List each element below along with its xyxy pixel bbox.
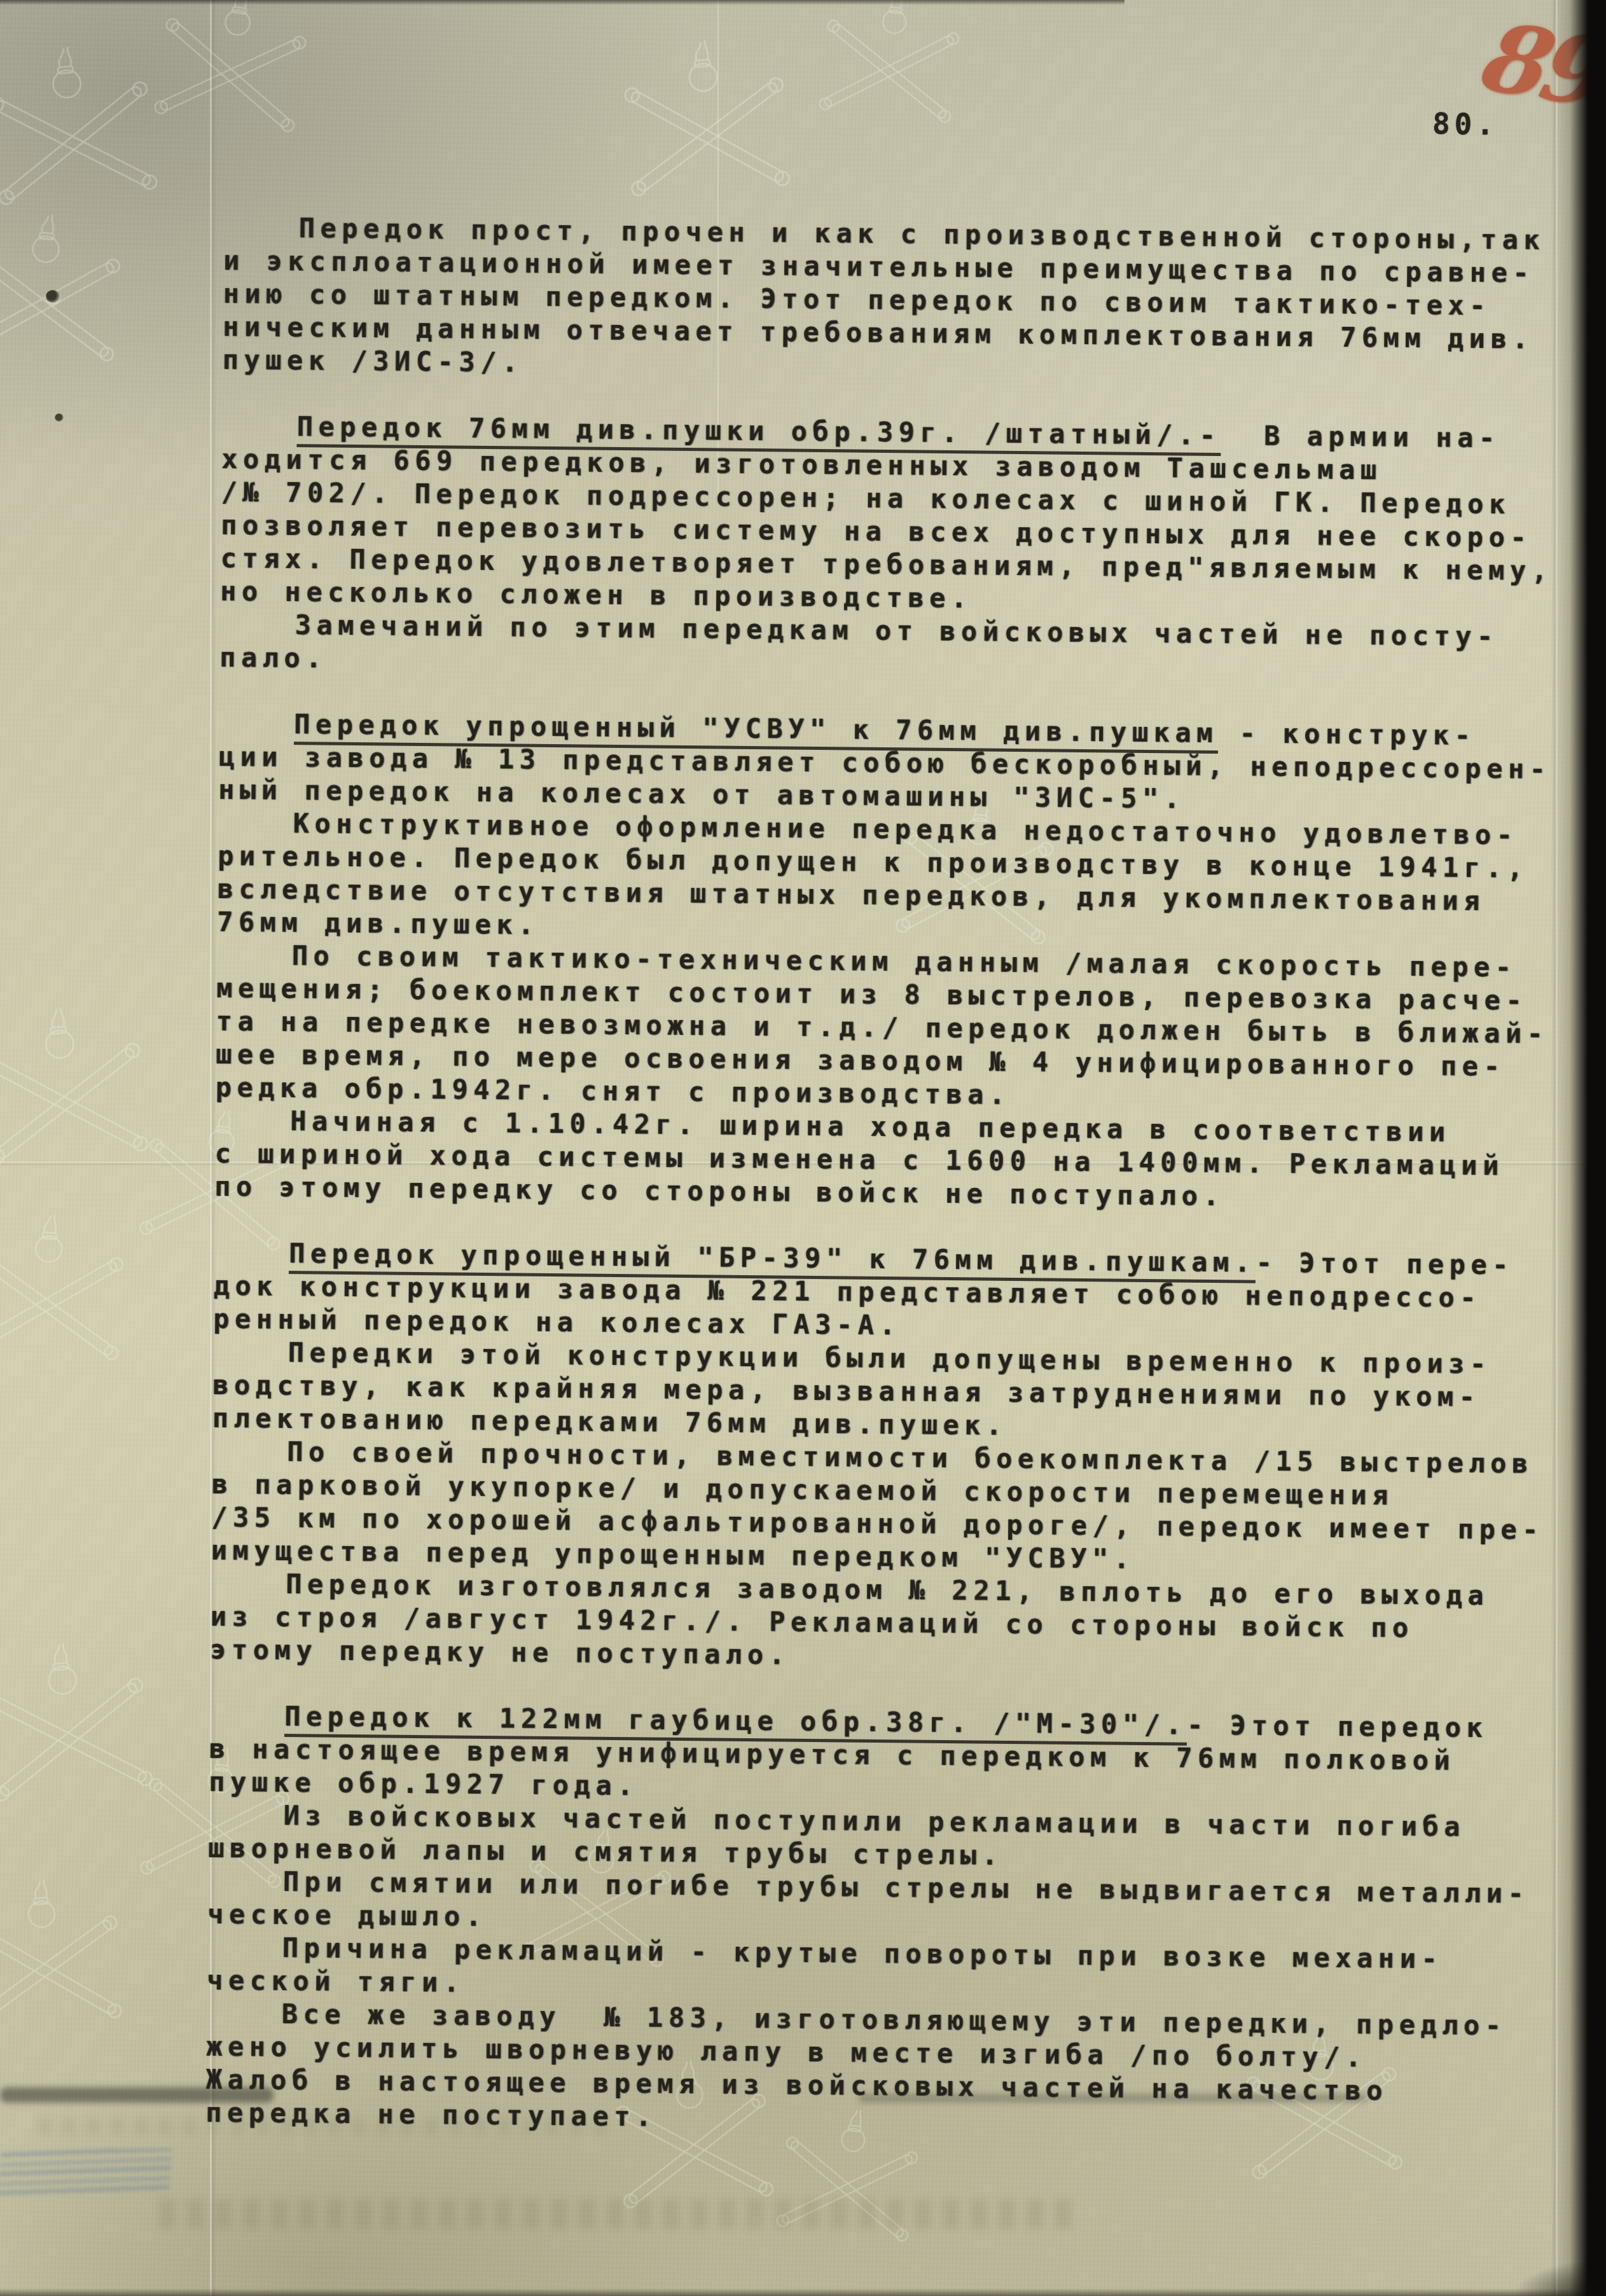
artillery-emblem-watermark-icon: [0, 1876, 124, 2028]
paragraph: По своей прочности, вместимости боекомпл…: [211, 1435, 1580, 1580]
scanned-document-page: 89 80. Передок прост, прочен и как с про…: [0, 0, 1606, 2296]
paragraph: Передок изготовлялся заводом № 221, впло…: [210, 1567, 1578, 1680]
paragraph: Передок 76мм див.пушки обр.39г. /штатный…: [220, 410, 1589, 621]
artillery-emblem-watermark-icon: [151, 0, 314, 135]
paragraph: Конструктивное оформление передка недост…: [217, 806, 1586, 952]
artillery-emblem-watermark-icon: [0, 209, 125, 364]
artillery-emblem-watermark-icon: [0, 1635, 156, 1804]
punch-hole: [46, 290, 60, 303]
scan-edge-bottom: [0, 2288, 1606, 2296]
artillery-emblem-watermark-icon: [0, 1210, 127, 1362]
artillery-emblem-watermark-icon: [0, 39, 160, 207]
paragraph: По своим тактико-техническим данным /мал…: [216, 939, 1584, 1117]
scan-edge-top: [0, 0, 1125, 5]
paragraph: Передок к 122мм гаубице обр.38г. /"М-30"…: [209, 1699, 1577, 1812]
paragraph: Все же заводу № 183, изготовляющему эти …: [205, 1997, 1574, 2143]
paragraph: Передки этой конструкции были допущены в…: [212, 1336, 1581, 1448]
paragraph: Передок прост, прочен и как с производст…: [223, 211, 1591, 390]
artillery-emblem-watermark-icon: [620, 35, 793, 198]
paragraph: Замечаний по этим передкам от войсковых …: [219, 608, 1588, 688]
page-number: 80.: [1432, 106, 1499, 142]
artillery-emblem-watermark-icon: [0, 1000, 151, 1166]
scan-edge-right: [1553, 0, 1606, 2296]
text-block: Передок прост, прочен и как с производст…: [205, 211, 1591, 2142]
paragraph: При смятии или погибе трубы стрелы не вы…: [207, 1865, 1575, 1944]
paragraph: Начиная с 1.10.42г. ширина хода передка …: [214, 1104, 1582, 1217]
paragraph: Причина рекламаций - крутые повороты при…: [207, 1931, 1575, 2010]
paragraph: Передок упрощенный "БР-39" к 76мм див.пу…: [213, 1236, 1581, 1349]
bleed-through-text: [159, 2199, 1081, 2229]
paragraph: Из войсковых частей поступили рекламации…: [208, 1799, 1576, 1878]
blue-stamp-fragment: [0, 2148, 172, 2196]
paragraph: Передок упрощенный "УСВУ" к 76мм див.пуш…: [218, 707, 1586, 820]
paper-speck: [55, 413, 64, 422]
artillery-emblem-watermark-icon: [817, 0, 965, 125]
